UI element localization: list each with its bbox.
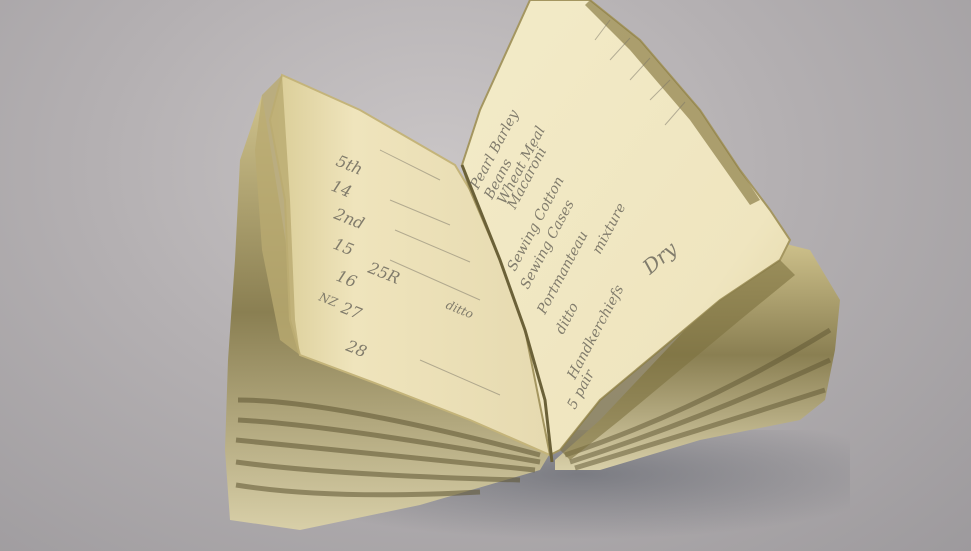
photo-scene: 5th 14 2nd 15 16 25R NZ 27 ditto 28 Pear… (0, 0, 971, 551)
notebook-illustration: 5th 14 2nd 15 16 25R NZ 27 ditto 28 Pear… (0, 0, 971, 551)
